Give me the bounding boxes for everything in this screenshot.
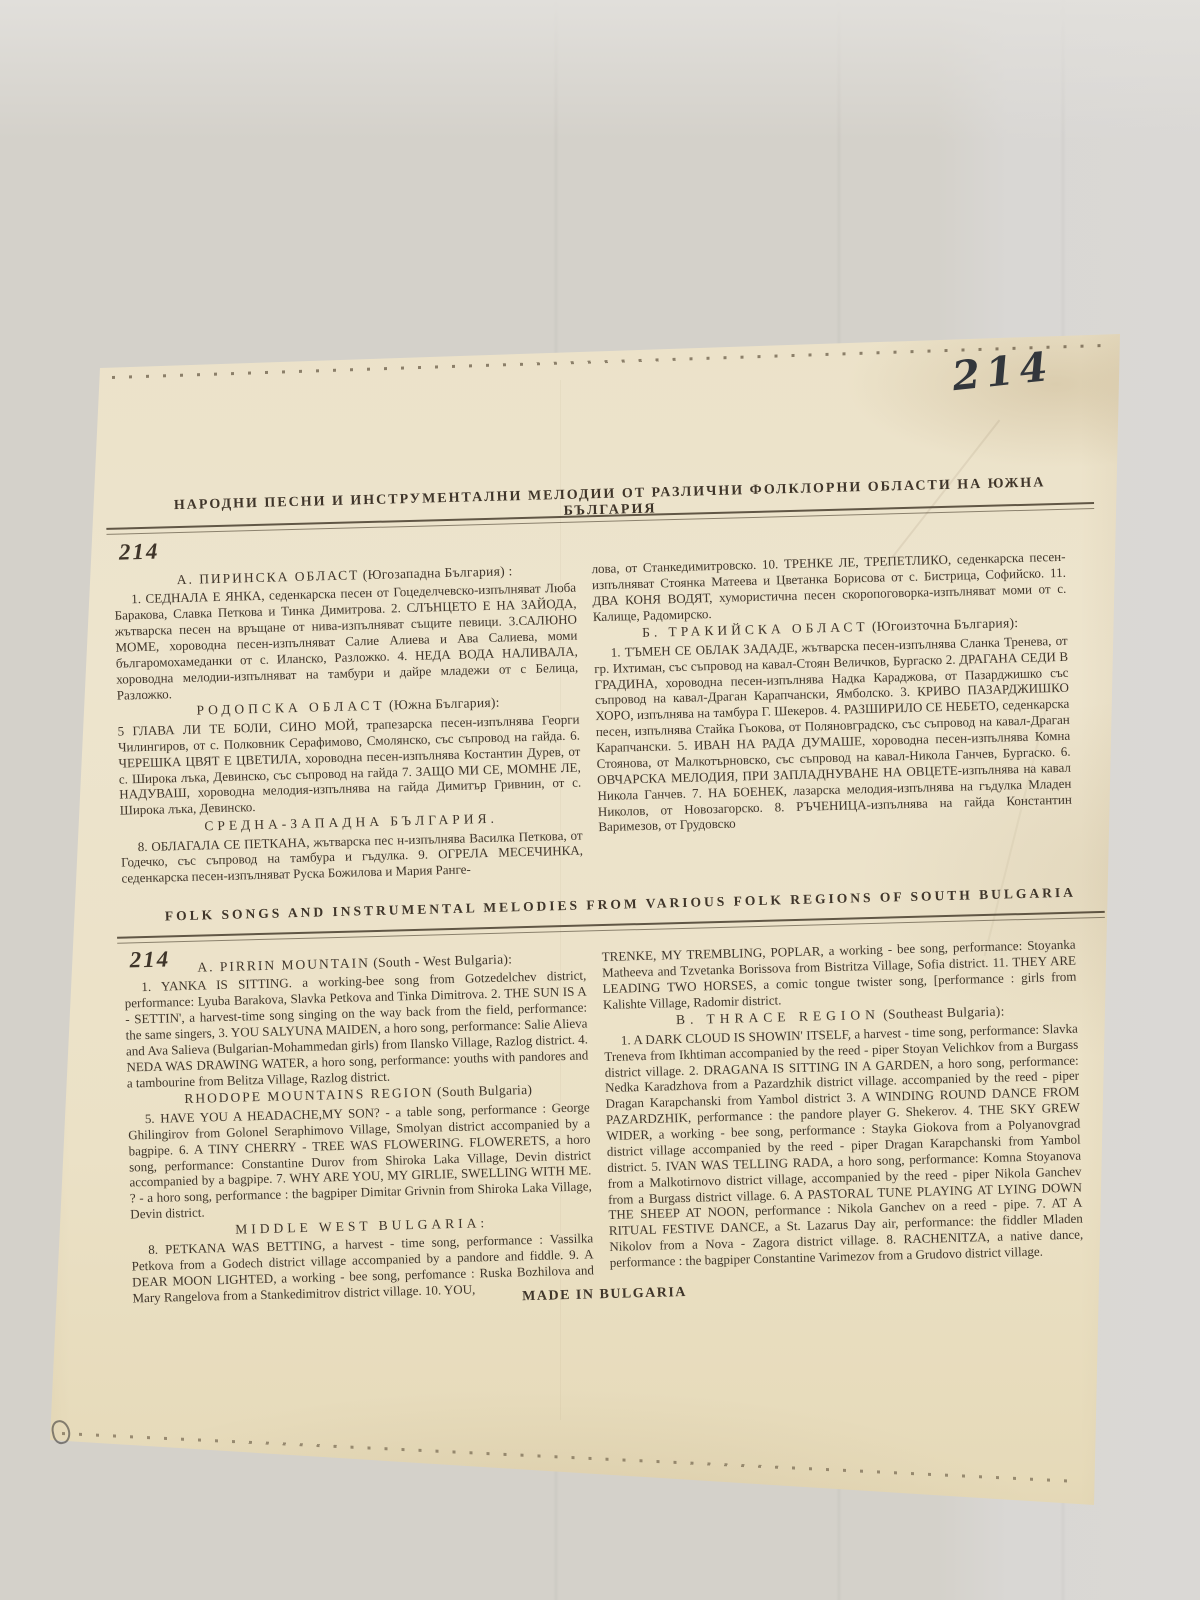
rhodope-text-en: 5. HAVE YOU A HEADACHE,MY SON? - a table… <box>128 1099 593 1222</box>
section-b-text-en: 1. A DARK CLOUD IS SHOWIN' ITSELF, a har… <box>604 1021 1084 1271</box>
photo-backdrop: НАРОДНИ ПЕСНИ И ИНСТРУМЕНТАЛНИ МЕЛОДИИ О… <box>0 0 1200 1600</box>
rhodope-text-bg: 5 ГЛАВА ЛИ ТЕ БОЛИ, СИНО МОЙ, трапезарск… <box>117 712 581 819</box>
section-a-text-en: 1. YANKA IS SITTING. a working-bee song … <box>124 968 589 1091</box>
continuation-text-bg: лова, от Станкедимитровско. 10. ТРЕНКЕ Л… <box>591 549 1066 625</box>
continuation-text-en: TRENKE, MY TREMBLING, POPLAR, a working … <box>602 937 1077 1013</box>
bulgarian-left-column: А. ПИРИНСКА ОБЛАСТ (Югозападна България)… <box>114 562 584 889</box>
catalog-number-bulgarian: 214 <box>119 539 160 566</box>
english-right-column: TRENKE, MY TREMBLING, POPLAR, a working … <box>602 937 1084 1273</box>
section-b-text-bg: 1. ТЪМЕН СЕ ОБЛАК ЗАДАДЕ, жътварска песе… <box>594 633 1073 836</box>
middle-west-text-bg: 8. ОБЛАГАЛА СЕ ПЕТКАНА, жътварска пес н-… <box>120 827 583 887</box>
english-left-column: A. PIRRIN MOUNTAIN (South - West Bulgari… <box>124 949 595 1308</box>
printed-area: НАРОДНИ ПЕСНИ И ИНСТРУМЕНТАЛНИ МЕЛОДИИ О… <box>100 336 1140 1432</box>
section-a-text-bg: 1. СЕДНАЛА Е ЯНКА, седенкарска песен от … <box>114 580 579 703</box>
bulgarian-right-column: лова, от Станкедимитровско. 10. ТРЕНКЕ Л… <box>591 549 1072 838</box>
